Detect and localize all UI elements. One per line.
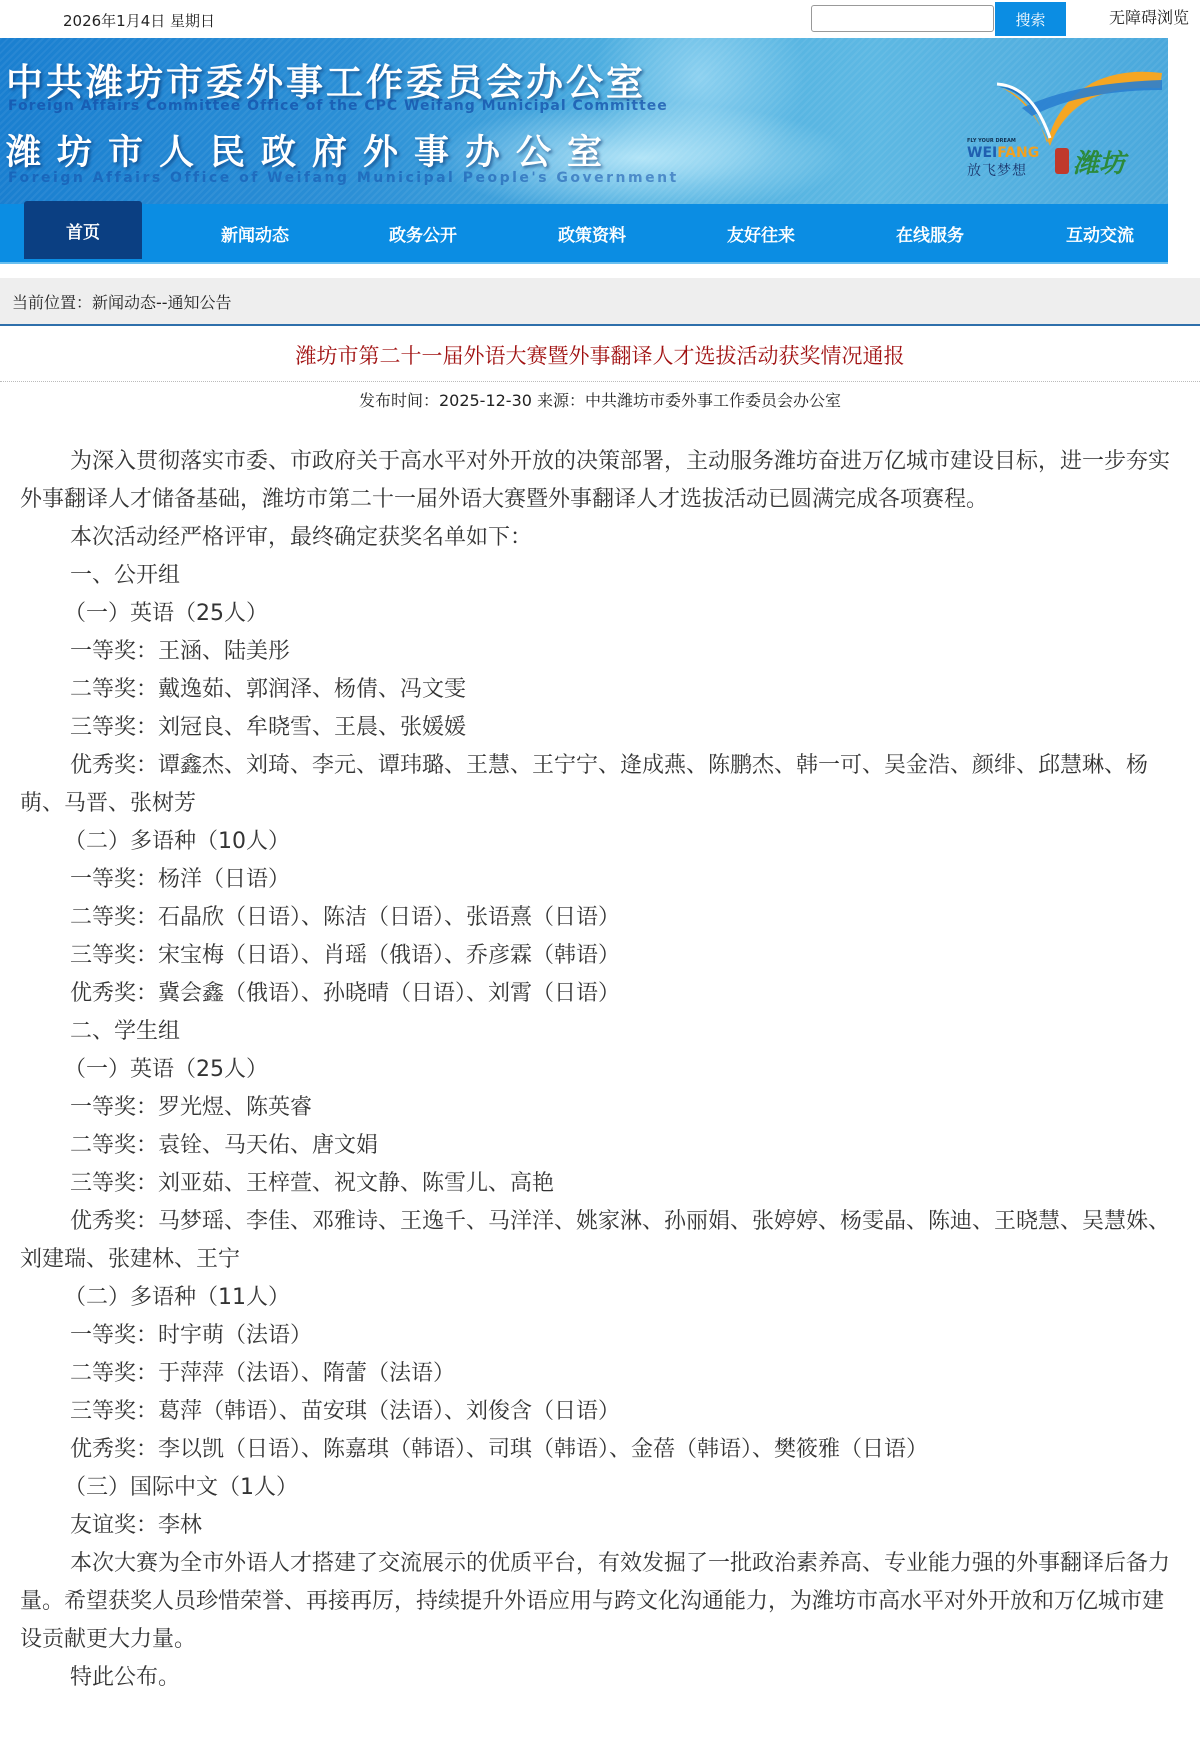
award-public-english-second: 二等奖：戴逸茹、郭润泽、杨倩、冯文雯 (20, 671, 1170, 709)
section-title-student-chinese: （三）国际中文（1人） (20, 1469, 1170, 1507)
award-public-multi-excellent: 优秀奖：冀会鑫（俄语）、孙晓晴（日语）、刘霄（日语） (20, 975, 1170, 1013)
award-student-multi-first: 一等奖：时宇萌（法语） (20, 1317, 1170, 1355)
group-title-student: 二、学生组 (20, 1013, 1170, 1051)
nav-item-online-service[interactable]: 在线服务 (870, 204, 990, 262)
main-nav: 首页 新闻动态 政务公开 政策资料 友好往来 在线服务 互动交流 (0, 204, 1168, 264)
seal-icon (1055, 148, 1069, 174)
nav-item-government-affairs[interactable]: 政务公开 (363, 204, 483, 262)
paragraph-closing: 本次大赛为全市外语人才搭建了交流展示的优质平台，有效发掘了一批政治素养高、专业能… (20, 1545, 1170, 1659)
nav-item-policy[interactable]: 政策资料 (532, 204, 652, 262)
section-title-public-multi: （二）多语种（10人） (20, 823, 1170, 861)
top-bar: 2026年1月4日 星期日 搜索 无障碍浏览 (0, 0, 1200, 38)
search-button[interactable]: 搜索 (995, 2, 1066, 36)
nav-item-news[interactable]: 新闻动态 (195, 204, 315, 262)
award-student-multi-second: 二等奖：于萍萍（法语）、隋蕾（法语） (20, 1355, 1170, 1393)
award-student-english-excellent: 优秀奖：马梦瑶、李佳、邓雅诗、王逸千、马洋洋、姚家淋、孙丽娟、张婷婷、杨雯晶、陈… (20, 1203, 1170, 1279)
section-title-student-english: （一）英语（25人） (20, 1051, 1170, 1089)
banner-title-en-2: Foreign Affairs Office of Weifang Munici… (8, 170, 679, 186)
article-title: 潍坊市第二十一届外语大赛暨外事翻译人才选拔活动获奖情况通报 (0, 340, 1200, 370)
award-student-english-second: 二等奖：袁铨、马天佑、唐文娟 (20, 1127, 1170, 1165)
banner-title-cn-2: 潍坊市人民政府外事办公室 (6, 125, 618, 175)
group-title-public: 一、公开组 (20, 557, 1170, 595)
nav-item-home[interactable]: 首页 (24, 201, 142, 259)
award-student-english-third: 三等奖：刘亚茹、王梓萱、祝文静、陈雪儿、高艳 (20, 1165, 1170, 1203)
article-body: 为深入贯彻落实市委、市政府关于高水平对外开放的决策部署，主动服务潍坊奋进万亿城市… (20, 443, 1170, 1697)
award-public-english-first: 一等奖：王涵、陆美彤 (20, 633, 1170, 671)
logo-slogan: 放飞梦想 (967, 160, 1027, 180)
current-date: 2026年1月4日 星期日 (63, 10, 215, 31)
award-student-multi-third: 三等奖：葛萍（韩语）、苗安琪（法语）、刘俊含（日语） (20, 1393, 1170, 1431)
breadcrumb-text[interactable]: 当前位置：新闻动态--通知公告 (12, 290, 232, 313)
award-public-multi-first: 一等奖：杨洋（日语） (20, 861, 1170, 899)
search-input[interactable] (811, 5, 994, 32)
logo-brand: 潍坊 (1073, 143, 1125, 180)
breadcrumb: 当前位置：新闻动态--通知公告 (0, 278, 1200, 326)
section-title-student-multi: （二）多语种（11人） (20, 1279, 1170, 1317)
nav-item-friendship[interactable]: 友好往来 (701, 204, 821, 262)
award-student-multi-excellent: 优秀奖：李以凯（日语）、陈嘉琪（韩语）、司琪（韩语）、金蓓（韩语）、樊筱雅（日语… (20, 1431, 1170, 1469)
section-title-public-english: （一）英语（25人） (20, 595, 1170, 633)
paragraph-signoff: 特此公布。 (20, 1659, 1170, 1697)
swoosh-icon (962, 58, 1167, 148)
divider (0, 381, 1200, 382)
article-meta: 发布时间：2025-12-30 来源：中共潍坊市委外事工作委员会办公室 (0, 388, 1200, 411)
logo-weifang-text: WEIFANG (967, 145, 1039, 161)
nav-item-interaction[interactable]: 互动交流 (1039, 204, 1161, 262)
accessibility-link[interactable]: 无障碍浏览 (1109, 5, 1189, 28)
award-public-multi-third: 三等奖：宋宝梅（日语）、肖瑶（俄语）、乔彦霖（韩语） (20, 937, 1170, 975)
award-student-chinese-friendship: 友谊奖：李林 (20, 1507, 1170, 1545)
award-student-english-first: 一等奖：罗光煜、陈英睿 (20, 1089, 1170, 1127)
award-public-english-third: 三等奖：刘冠良、牟晓雪、王晨、张媛媛 (20, 709, 1170, 747)
award-public-multi-second: 二等奖：石晶欣（日语）、陈洁（日语）、张语熹（日语） (20, 899, 1170, 937)
paragraph-intro: 为深入贯彻落实市委、市政府关于高水平对外开放的决策部署，主动服务潍坊奋进万亿城市… (20, 443, 1170, 519)
header-banner: 中共潍坊市委外事工作委员会办公室 Foreign Affairs Committ… (0, 38, 1168, 204)
award-public-english-excellent: 优秀奖：谭鑫杰、刘琦、李元、谭玮璐、王慧、王宁宁、逄成燕、陈鹏杰、韩一可、吴金浩… (20, 747, 1170, 823)
banner-title-en-1: Foreign Affairs Committee Office of the … (8, 98, 668, 114)
paragraph-lead: 本次活动经严格评审，最终确定获奖名单如下： (20, 519, 1170, 557)
logo-tagline: FLY YOUR DREAM (967, 138, 1016, 144)
weifang-logo: FLY YOUR DREAM WEIFANG 放飞梦想 潍坊 (962, 58, 1167, 188)
